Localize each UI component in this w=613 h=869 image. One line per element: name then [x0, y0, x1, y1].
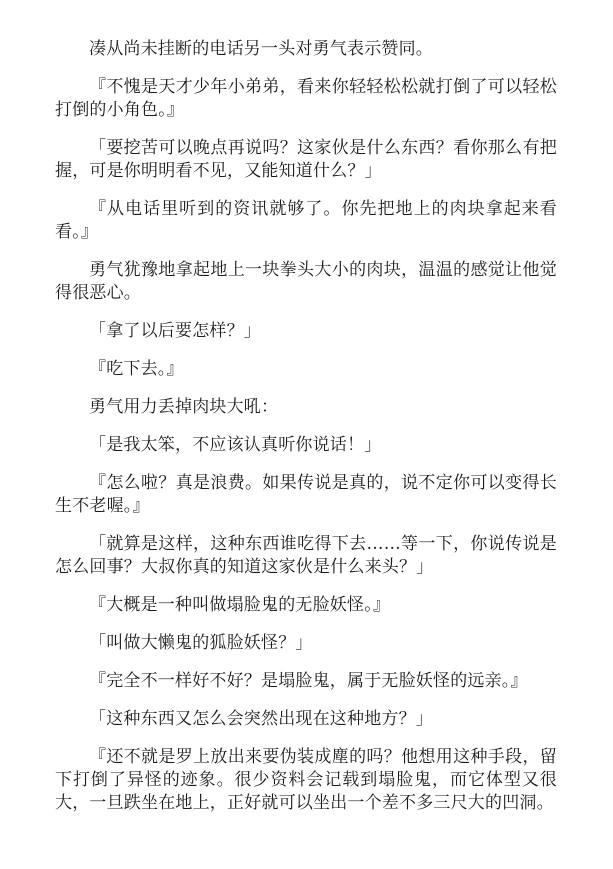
paragraph: 『从电话里听到的资讯就够了。你先把地上的肉块拿起来看看。』	[55, 198, 557, 244]
paragraph: 『还不就是罗上放出来要伪装成塵的吗？他想用这种手段，留下打倒了异怪的迹象。很少资…	[55, 746, 557, 815]
paragraph: 「就算是这样，这种东西谁吃得下去……等一下，你说传说是怎么回事？大叔你真的知道这…	[55, 533, 557, 579]
paragraph: 「这种东西又怎么会突然出现在这种地方？」	[55, 708, 557, 731]
novel-page: 凑从尚未挂断的电话另一头对勇气表示赞同。『不愧是天才少年小弟弟，看来你轻轻松松就…	[0, 0, 613, 869]
paragraph: 「拿了以后要怎样？」	[55, 320, 557, 343]
paragraph: 『大概是一种叫做塌脸鬼的无脸妖怪。』	[55, 594, 557, 617]
paragraph: 勇气用力丢掉肉块大吼：	[55, 396, 557, 419]
paragraph: 『怎么啦？真是浪费。如果传说是真的，说不定你可以变得长生不老喔。』	[55, 472, 557, 518]
paragraph: 勇气犹豫地拿起地上一块拳头大小的肉块，温温的感觉让他觉得很恶心。	[55, 259, 557, 305]
paragraph: 凑从尚未挂断的电话另一头对勇气表示赞同。	[55, 38, 557, 61]
paragraph: 『完全不一样好不好？是塌脸鬼，属于无脸妖怪的远亲。』	[55, 670, 557, 693]
paragraph: 「是我太笨，不应该认真听你说话！」	[55, 434, 557, 457]
paragraph: 「叫做大懒鬼的狐脸妖怪？」	[55, 632, 557, 655]
paragraph: 「要挖苦可以晚点再说吗？这家伙是什么东西？看你那么有把握，可是你明明看不见，又能…	[55, 137, 557, 183]
paragraph: 『不愧是天才少年小弟弟，看来你轻轻松松就打倒了可以轻松打倒的小角色。』	[55, 76, 557, 122]
paragraph: 『吃下去。』	[55, 358, 557, 381]
novel-text-block: 凑从尚未挂断的电话另一头对勇气表示赞同。『不愧是天才少年小弟弟，看来你轻轻松松就…	[0, 0, 613, 815]
